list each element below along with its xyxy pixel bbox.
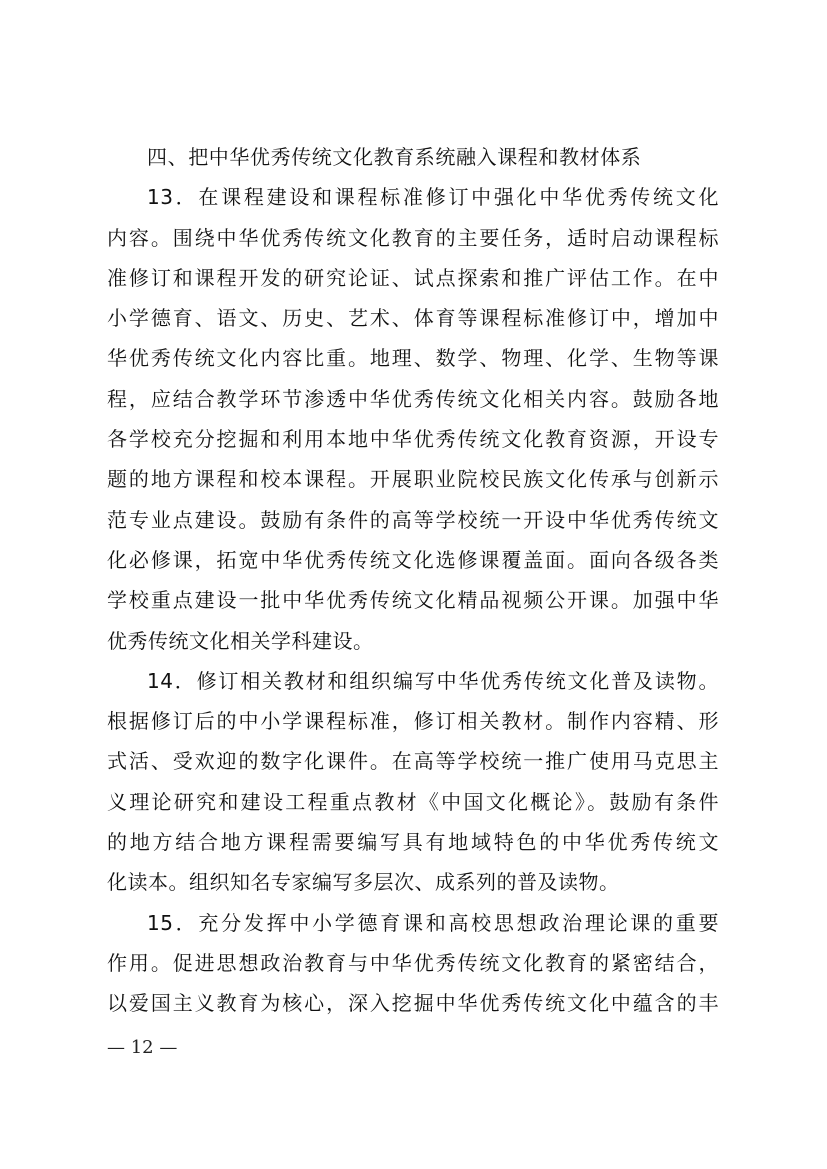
text-line: 小学德育、语文、历史、艺术、体育等课程标准修订中，增加中 xyxy=(107,298,719,338)
text-line: 13．在课程建设和课程标准修订中强化中华优秀传统文化 xyxy=(107,177,719,217)
paragraph-15: 15．充分发挥中小学德育课和高校思想政治理论课的重要 作用。促进思想政治教育与中… xyxy=(107,903,719,1024)
text-line: 义理论研究和建设工程重点教材《中国文化概论》。鼓励有条件 xyxy=(107,782,719,822)
paragraph-13: 13．在课程建设和课程标准修订中强化中华优秀传统文化 内容。围绕中华优秀传统文化… xyxy=(107,177,719,661)
document-body: 四、把中华优秀传统文化教育系统融入课程和教材体系 13．在课程建设和课程标准修订… xyxy=(107,137,719,1024)
text-line: 15．充分发挥中小学德育课和高校思想政治理论课的重要 xyxy=(107,903,719,943)
text-line: 化必修课，拓宽中华优秀传统文化选修课覆盖面。面向各级各类 xyxy=(107,540,719,580)
text-line: 学校重点建设一批中华优秀传统文化精品视频公开课。加强中华 xyxy=(107,580,719,620)
text-line: 式活、受欢迎的数字化课件。在高等学校统一推广使用马克思主 xyxy=(107,741,719,781)
text-line: 范专业点建设。鼓励有条件的高等学校统一开设中华优秀传统文 xyxy=(107,500,719,540)
text-line: 根据修订后的中小学课程标准，修订相关教材。制作内容精、形 xyxy=(107,701,719,741)
text-line: 各学校充分挖掘和利用本地中华优秀传统文化教育资源，开设专 xyxy=(107,419,719,459)
document-page: 四、把中华优秀传统文化教育系统融入课程和教材体系 13．在课程建设和课程标准修订… xyxy=(0,0,827,1169)
page-number: — 12 — xyxy=(107,1037,177,1058)
text-line: 准修订和课程开发的研究论证、试点探索和推广评估工作。在中 xyxy=(107,258,719,298)
text-line: 程，应结合教学环节渗透中华优秀传统文化相关内容。鼓励各地 xyxy=(107,379,719,419)
text-line: 题的地方课程和校本课程。开展职业院校民族文化传承与创新示 xyxy=(107,459,719,499)
text-line: 优秀传统文化相关学科建设。 xyxy=(107,621,719,661)
text-line: 的地方结合地方课程需要编写具有地域特色的中华优秀传统文 xyxy=(107,822,719,862)
section-heading: 四、把中华优秀传统文化教育系统融入课程和教材体系 xyxy=(107,137,719,177)
text-line: 化读本。组织知名专家编写多层次、成系列的普及读物。 xyxy=(107,862,719,902)
text-line: 以爱国主义教育为核心，深入挖掘中华优秀传统文化中蕴含的丰 xyxy=(107,983,719,1023)
text-line: 华优秀传统文化内容比重。地理、数学、物理、化学、生物等课 xyxy=(107,338,719,378)
text-line: 14．修订相关教材和组织编写中华优秀传统文化普及读物。 xyxy=(107,661,719,701)
text-line: 作用。促进思想政治教育与中华优秀传统文化教育的紧密结合， xyxy=(107,943,719,983)
text-line: 内容。围绕中华优秀传统文化教育的主要任务，适时启动课程标 xyxy=(107,218,719,258)
paragraph-14: 14．修订相关教材和组织编写中华优秀传统文化普及读物。 根据修订后的中小学课程标… xyxy=(107,661,719,903)
